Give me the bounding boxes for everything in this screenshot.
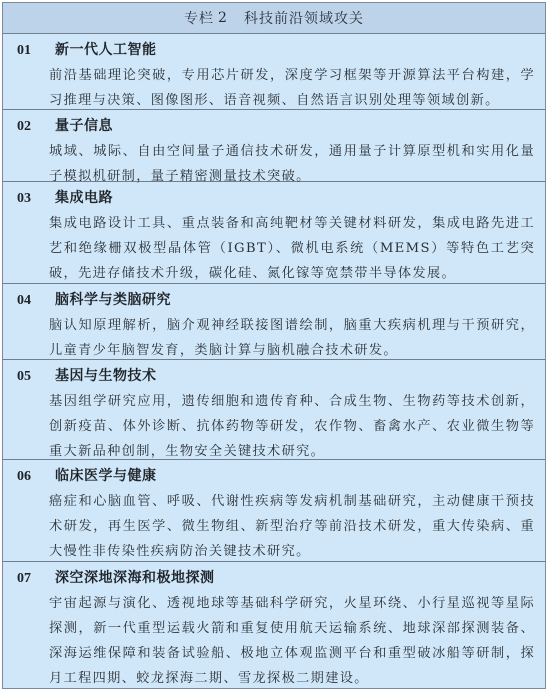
section-04: 04 脑科学与类脑研究 脑认知原理解析，脑介观神经联接图谱绘制，脑重大疾病机理与… [3, 284, 545, 360]
column-title: 科技前沿领域攻关 [244, 8, 364, 28]
section-title: 基因与生物技术 [55, 365, 157, 385]
section-01: 01 新一代人工智能 前沿基础理论突破，专用芯片研发，深度学习框架等开源算法平台… [3, 34, 545, 110]
section-number: 06 [11, 469, 55, 485]
section-title: 新一代人工智能 [55, 39, 157, 59]
section-title: 集成电路 [55, 187, 113, 207]
section-title: 量子信息 [55, 115, 113, 135]
column-label: 专栏 [184, 8, 214, 28]
section-05: 05 基因与生物技术 基因组学研究应用，遗传细胞和遗传育种、合成生物、生物药等技… [3, 360, 545, 460]
section-body: 前沿基础理论突破，专用芯片研发，深度学习框架等开源算法平台构建，学习推理与决策、… [49, 63, 535, 113]
section-number: 01 [11, 43, 55, 59]
column-header: 专栏 2 科技前沿领域攻关 [3, 3, 545, 34]
section-body: 脑认知原理解析，脑介观神经联接图谱绘制，脑重大疾病机理与干预研究，儿童青少年脑智… [49, 313, 535, 363]
section-title: 脑科学与类脑研究 [55, 289, 171, 309]
section-body: 宇宙起源与演化、透视地球等基础科学研究，火星环绕、小行星巡视等星际探测，新一代重… [49, 591, 535, 691]
section-06: 06 临床医学与健康 癌症和心脑血管、呼吸、代谢性疾病等发病机制基础研究，主动健… [3, 460, 545, 562]
section-number: 07 [11, 571, 55, 587]
section-03: 03 集成电路 集成电路设计工具、重点装备和高纯靶材等关键材料研发，集成电路先进… [3, 182, 545, 284]
section-02: 02 量子信息 城域、城际、自由空间量子通信技术研发，通用量子计算原型机和实用化… [3, 110, 545, 182]
column-number: 2 [218, 10, 228, 26]
section-number: 02 [11, 119, 55, 135]
section-title: 深空深地深海和极地探测 [55, 567, 215, 587]
section-number: 05 [11, 369, 55, 385]
section-body: 基因组学研究应用，遗传细胞和遗传育种、合成生物、生物药等技术创新，创新疫苗、体外… [49, 389, 535, 464]
section-title: 临床医学与健康 [55, 465, 157, 485]
section-body: 癌症和心脑血管、呼吸、代谢性疾病等发病机制基础研究，主动健康干预技术研发，再生医… [49, 489, 535, 564]
column-box: 专栏 2 科技前沿领域攻关 01 新一代人工智能 前沿基础理论突破，专用芯片研发… [2, 2, 546, 689]
section-body: 集成电路设计工具、重点装备和高纯靶材等关键材料研发，集成电路先进工艺和绝缘栅双极… [49, 211, 535, 286]
section-07: 07 深空深地深海和极地探测 宇宙起源与演化、透视地球等基础科学研究，火星环绕、… [3, 562, 545, 690]
section-number: 04 [11, 293, 55, 309]
section-number: 03 [11, 191, 55, 207]
